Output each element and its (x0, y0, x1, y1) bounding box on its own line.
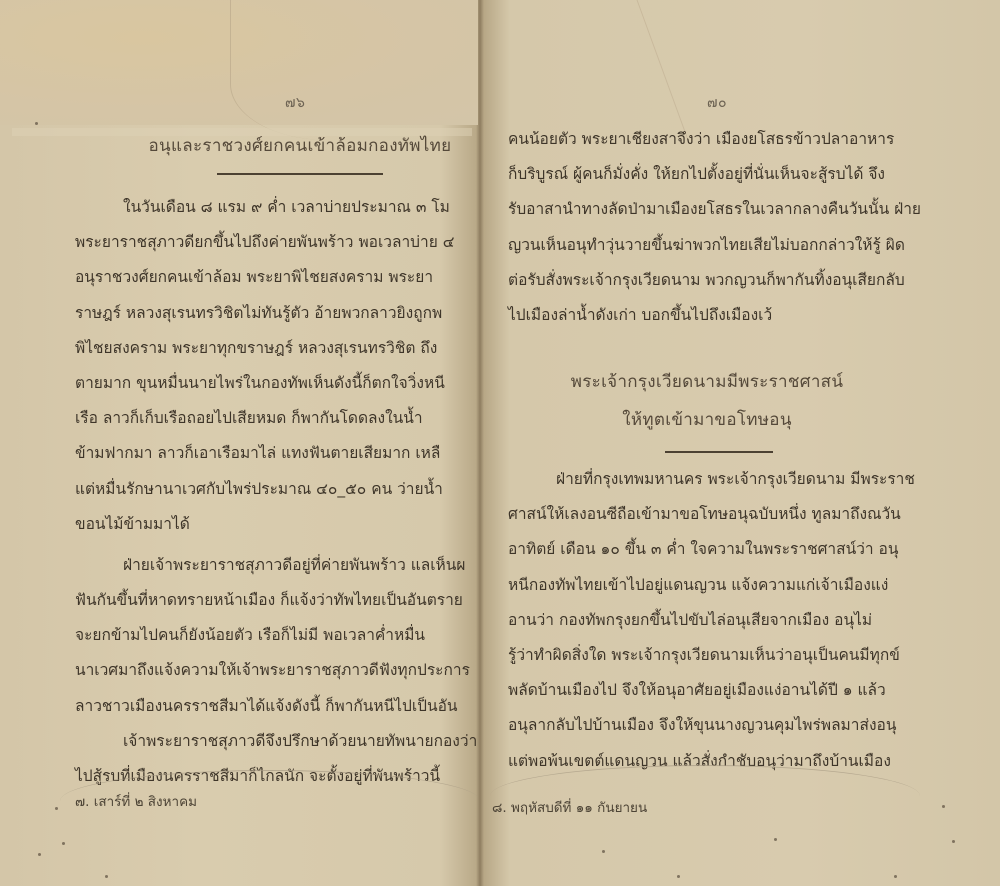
section-heading-line-1: พระเจ้ากรุงเวียดนามมีพระราชศาสน์ (542, 368, 872, 395)
left-page: ๗๖ อนุและราชวงศ์ยกคนเข้าล้อมกองทัพไทย ใน… (0, 0, 478, 886)
text-line: ราษฎร์ หลวงสุเรนทรวิชิตไม่ทันรู้ตัว อ้าย… (75, 296, 477, 331)
text-line: อาทิตย์ เดือน ๑๐ ขึ้น ๓ ค่ำ ใจความในพระร… (508, 532, 915, 567)
text-line: ฟันกันขึ้นที่หาดทรายหน้าเมือง ก็แจ้งว่าท… (75, 583, 477, 618)
text-line: คนน้อยตัว พระยาเชียงสาจึงว่า เมืองยโสธรข… (508, 122, 921, 157)
page-number: ๗๐ (707, 92, 727, 114)
text-line: รับอาสานำทางลัดป่ามาเมืองยโสธรในเวลากลาง… (508, 192, 921, 227)
paper-speck (774, 838, 777, 841)
text-line: ฝ่ายเจ้าพระยาราชสุภาวดีอยู่ที่ค่ายพันพร้… (75, 548, 477, 583)
section-heading-line-2: ให้ทูตเข้ามาขอโทษอนุ (542, 406, 872, 433)
text-line: พลัดบ้านเมืองไป จึงให้อนุอาศัยอยู่เมืองแ… (508, 673, 915, 708)
section-heading: อนุและราชวงศ์ยกคนเข้าล้อมกองทัพไทย (140, 132, 460, 159)
book-spread: ๗๖ อนุและราชวงศ์ยกคนเข้าล้อมกองทัพไทย ใน… (0, 0, 1000, 886)
paper-speck (62, 842, 65, 845)
paper-speck (894, 875, 897, 878)
paper-speck (55, 807, 58, 810)
paper-tear-line (637, 0, 1000, 140)
paper-speck (602, 850, 605, 853)
right-page: ๗๐ คนน้อยตัว พระยาเชียงสาจึงว่า เมืองยโส… (482, 0, 1000, 886)
text-line: จะยกข้ามไปคนก็ยังน้อยตัว เรือก็ไม่มี พอเ… (75, 618, 477, 653)
paper-speck (38, 853, 41, 856)
paper-speck (952, 840, 955, 843)
paper-speck (942, 805, 945, 808)
paper-speck (677, 875, 680, 878)
body-text-top: คนน้อยตัว พระยาเชียงสาจึงว่า เมืองยโสธรข… (508, 122, 921, 333)
text-line: ไปเมืองล่าน้ำดังเก่า บอกขึ้นไปถึงเมืองเว… (508, 298, 921, 333)
body-text-bottom: ฝ่ายที่กรุงเทพมหานคร พระเจ้ากรุงเวียดนาม… (508, 462, 915, 779)
text-line: แต่หมื่นรักษานาเวศกับไพร่ประมาณ ๔๐_๕๐ คน… (75, 472, 477, 507)
text-line: หนีกองทัพไทยเข้าไปอยู่แดนญวน แจ้งความแก่… (508, 568, 915, 603)
text-line: รู้ว่าทำผิดสิ่งใด พระเจ้ากรุงเวียดนามเห็… (508, 638, 915, 673)
text-line: ต่อรับสั่งพระเจ้ากรุงเวียดนาม พวกญวนก็พา… (508, 263, 921, 298)
text-line: เจ้าพระยาราชสุภาวดีจึงปรึกษาด้วยนายทัพนา… (75, 724, 477, 759)
text-line: ศาสน์ให้เลงอนซีถือเข้ามาขอโทษอนุฉบับหนึ่… (508, 497, 915, 532)
text-line: อานว่า กองทัพกรุงยกขึ้นไปขับไล่อนุเสียจา… (508, 603, 915, 638)
page-footer: ๘. พฤหัสบดีที่ ๑๑ กันยายน (492, 796, 647, 818)
text-line: ก็บริบูรณ์ ผู้คนก็มั่งคั่ง ให้ยกไปตั้งอย… (508, 157, 921, 192)
text-line: ข้ามฟากมา ลาวก็เอาเรือมาไล่ แทงฟันตายเสี… (75, 436, 477, 471)
text-line: อนุราชวงศ์ยกคนเข้าล้อม พระยาพิไชยสงคราม … (75, 260, 477, 295)
heading-underline (665, 451, 773, 453)
heading-underline (217, 173, 383, 175)
page-number: ๗๖ (285, 92, 305, 114)
text-line: ฝ่ายที่กรุงเทพมหานคร พระเจ้ากรุงเวียดนาม… (508, 462, 915, 497)
paper-speck (35, 122, 38, 125)
text-line: เรือ ลาวก็เก็บเรือถอยไปเสียหมด ก็พากันโด… (75, 401, 477, 436)
text-line: พระยาราชสุภาวดียกขึ้นไปถึงค่ายพันพร้าว พ… (75, 225, 477, 260)
text-line: ตายมาก ขุนหมื่นนายไพร่ในกองทัพเห็นดังนี้… (75, 366, 477, 401)
text-line: ในวันเดือน ๘ แรม ๙ ค่ำ เวลาบ่ายประมาณ ๓ … (75, 190, 477, 225)
body-text: ในวันเดือน ๘ แรม ๙ ค่ำ เวลาบ่ายประมาณ ๓ … (75, 190, 477, 794)
page-footer: ๗. เสาร์ที่ ๒ สิงหาคม (75, 790, 197, 812)
text-line: ญวนเห็นอนุทำวุ่นวายขึ้นฆ่าพวกไทยเสียไม่บ… (508, 228, 921, 263)
text-line: นาเวศมาถึงแจ้งความให้เจ้าพระยาราชสุภาวดี… (75, 653, 477, 688)
text-line: อนุลากลับไปบ้านเมือง จึงให้ขุนนางญวนคุมไ… (508, 708, 915, 743)
text-line: ขอนไม้ข้ามมาได้ (75, 507, 477, 542)
paper-speck (105, 875, 108, 878)
text-line: พิไชยสงคราม พระยาทุกขราษฎร์ หลวงสุเรนทรว… (75, 331, 477, 366)
text-line: ลาวชาวเมืองนครราชสีมาได้แจ้งดังนี้ ก็พาก… (75, 689, 477, 724)
